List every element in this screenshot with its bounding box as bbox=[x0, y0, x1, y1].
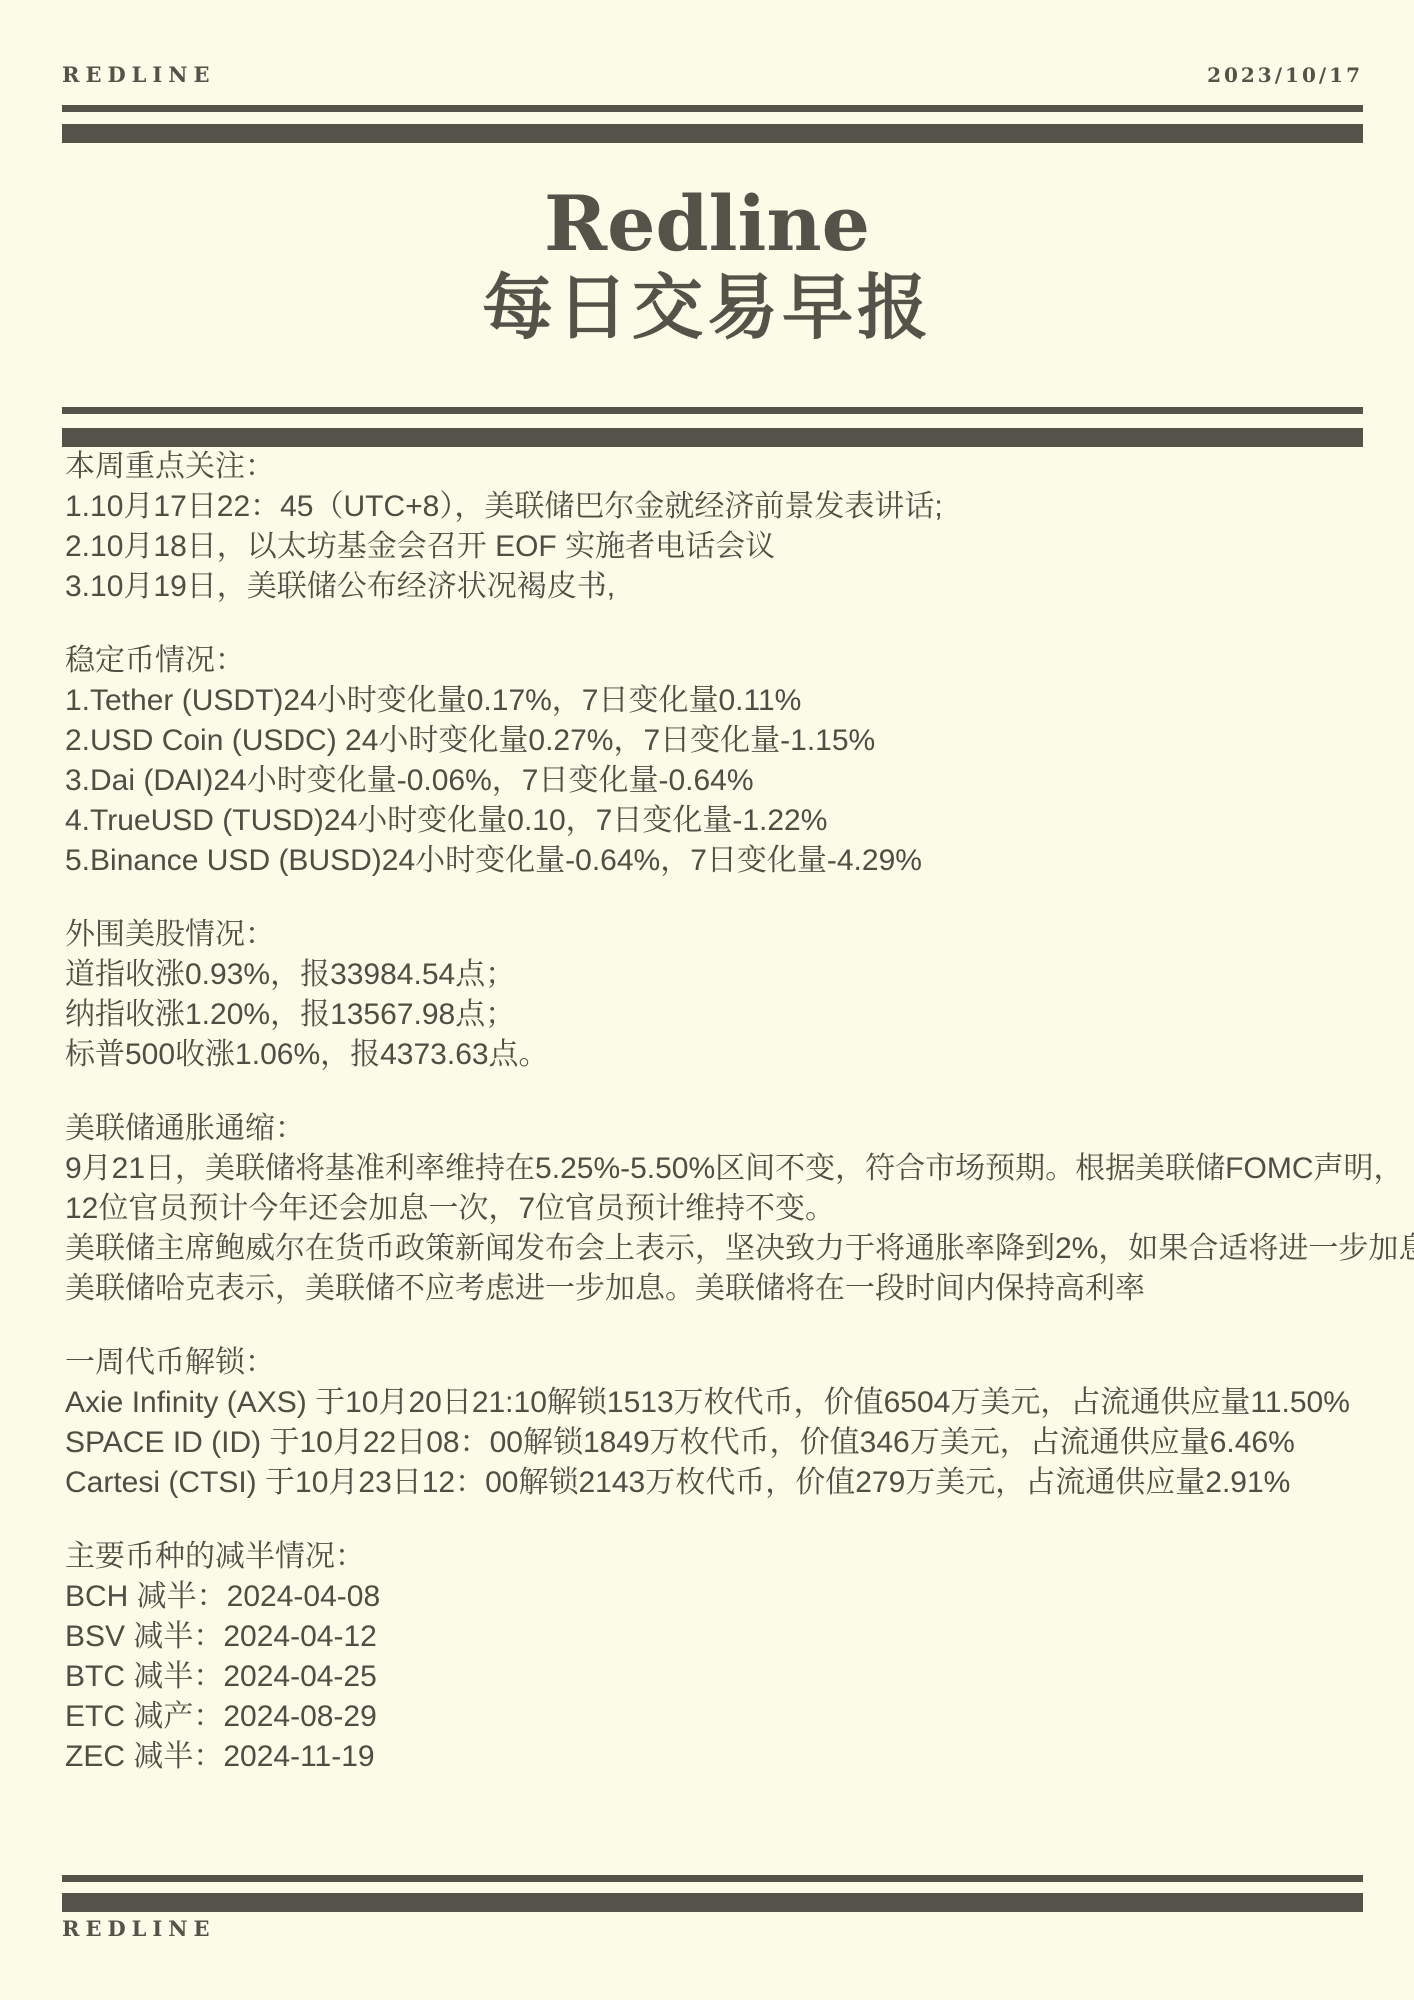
title-rule-thick bbox=[62, 428, 1363, 447]
report-line: 2.10月18日，以太坊基金会召开 EOF 实施者电话会议 bbox=[65, 527, 1384, 567]
report-line: BSV 减半：2024-04-12 bbox=[65, 1617, 1384, 1657]
report-line: 1.10月17日22：45（UTC+8），美联储巴尔金就经济前景发表讲话; bbox=[65, 487, 1384, 527]
footer-rule-thick bbox=[62, 1893, 1363, 1912]
report-line: ETC 减产：2024-08-29 bbox=[65, 1697, 1384, 1737]
top-rule-thick bbox=[62, 124, 1363, 143]
header-date: 2023/10/17 bbox=[1207, 63, 1363, 87]
footer-brand: REDLINE bbox=[62, 1916, 215, 1941]
section-fed-inflation: 美联储通胀通缩： 9月21日，美联储将基准利率维持在5.25%-5.50%区间不… bbox=[65, 1109, 1384, 1309]
footer-rule-thin bbox=[62, 1875, 1363, 1882]
section-heading: 一周代币解锁： bbox=[65, 1343, 1384, 1383]
section-weekly-focus: 本周重点关注： 1.10月17日22：45（UTC+8），美联储巴尔金就经济前景… bbox=[65, 447, 1384, 607]
report-line: 3.10月19日，美联储公布经济状况褐皮书, bbox=[65, 567, 1384, 607]
report-title-cjk: 每日交易早报 bbox=[0, 270, 1414, 348]
section-heading: 主要币种的减半情况： bbox=[65, 1537, 1384, 1577]
section-heading: 本周重点关注： bbox=[65, 447, 1384, 487]
report-line: 纳指收涨1.20%，报13567.98点； bbox=[65, 995, 1384, 1035]
report-line: BCH 减半：2024-04-08 bbox=[65, 1577, 1384, 1617]
report-line: 4.TrueUSD (TUSD)24小时变化量0.10，7日变化量-1.22% bbox=[65, 801, 1384, 841]
report-line: 9月21日，美联储将基准利率维持在5.25%-5.50%区间不变，符合市场预期。… bbox=[65, 1149, 1384, 1189]
section-token-unlocks: 一周代币解锁： Axie Infinity (AXS) 于10月20日21:10… bbox=[65, 1343, 1384, 1503]
report-line: 12位官员预计今年还会加息一次，7位官员预计维持不变。 bbox=[65, 1189, 1384, 1229]
top-rule-thin bbox=[62, 105, 1363, 112]
report-page: REDLINE 2023/10/17 Redline 每日交易早报 本周重点关注… bbox=[0, 0, 1414, 2000]
report-line: 标普500收涨1.06%，报4373.63点。 bbox=[65, 1035, 1384, 1075]
report-line: 1.Tether (USDT)24小时变化量0.17%，7日变化量0.11% bbox=[65, 681, 1384, 721]
section-us-stocks: 外围美股情况： 道指收涨0.93%，报33984.54点； 纳指收涨1.20%，… bbox=[65, 915, 1384, 1075]
report-line: SPACE ID (ID) 于10月22日08：00解锁1849万枚代币，价值3… bbox=[65, 1423, 1384, 1463]
title-rule-thin bbox=[62, 407, 1363, 414]
report-line: 2.USD Coin (USDC) 24小时变化量0.27%，7日变化量-1.1… bbox=[65, 721, 1384, 761]
section-stablecoins: 稳定币情况： 1.Tether (USDT)24小时变化量0.17%，7日变化量… bbox=[65, 641, 1384, 881]
report-line: 美联储主席鲍威尔在货币政策新闻发布会上表示，坚决致力于将通胀率降到2%，如果合适… bbox=[65, 1229, 1384, 1269]
report-line: BTC 减半：2024-04-25 bbox=[65, 1657, 1384, 1697]
report-line: 美联储哈克表示，美联储不应考虑进一步加息。美联储将在一段时间内保持高利率 bbox=[65, 1269, 1384, 1309]
report-line: 5.Binance USD (BUSD)24小时变化量-0.64%，7日变化量-… bbox=[65, 841, 1384, 881]
report-line: 3.Dai (DAI)24小时变化量-0.06%，7日变化量-0.64% bbox=[65, 761, 1384, 801]
report-title-latin: Redline bbox=[0, 186, 1414, 262]
report-line: Cartesi (CTSI) 于10月23日12：00解锁2143万枚代币，价值… bbox=[65, 1463, 1384, 1503]
report-line: Axie Infinity (AXS) 于10月20日21:10解锁1513万枚… bbox=[65, 1383, 1384, 1423]
section-halvings: 主要币种的减半情况： BCH 减半：2024-04-08 BSV 减半：2024… bbox=[65, 1537, 1384, 1777]
section-heading: 稳定币情况： bbox=[65, 641, 1384, 681]
header-brand: REDLINE bbox=[62, 62, 215, 87]
report-line: 道指收涨0.93%，报33984.54点； bbox=[65, 955, 1384, 995]
section-heading: 美联储通胀通缩： bbox=[65, 1109, 1384, 1149]
report-body: 本周重点关注： 1.10月17日22：45（UTC+8），美联储巴尔金就经济前景… bbox=[65, 447, 1384, 1777]
section-heading: 外围美股情况： bbox=[65, 915, 1384, 955]
report-line: ZEC 减半：2024-11-19 bbox=[65, 1737, 1384, 1777]
